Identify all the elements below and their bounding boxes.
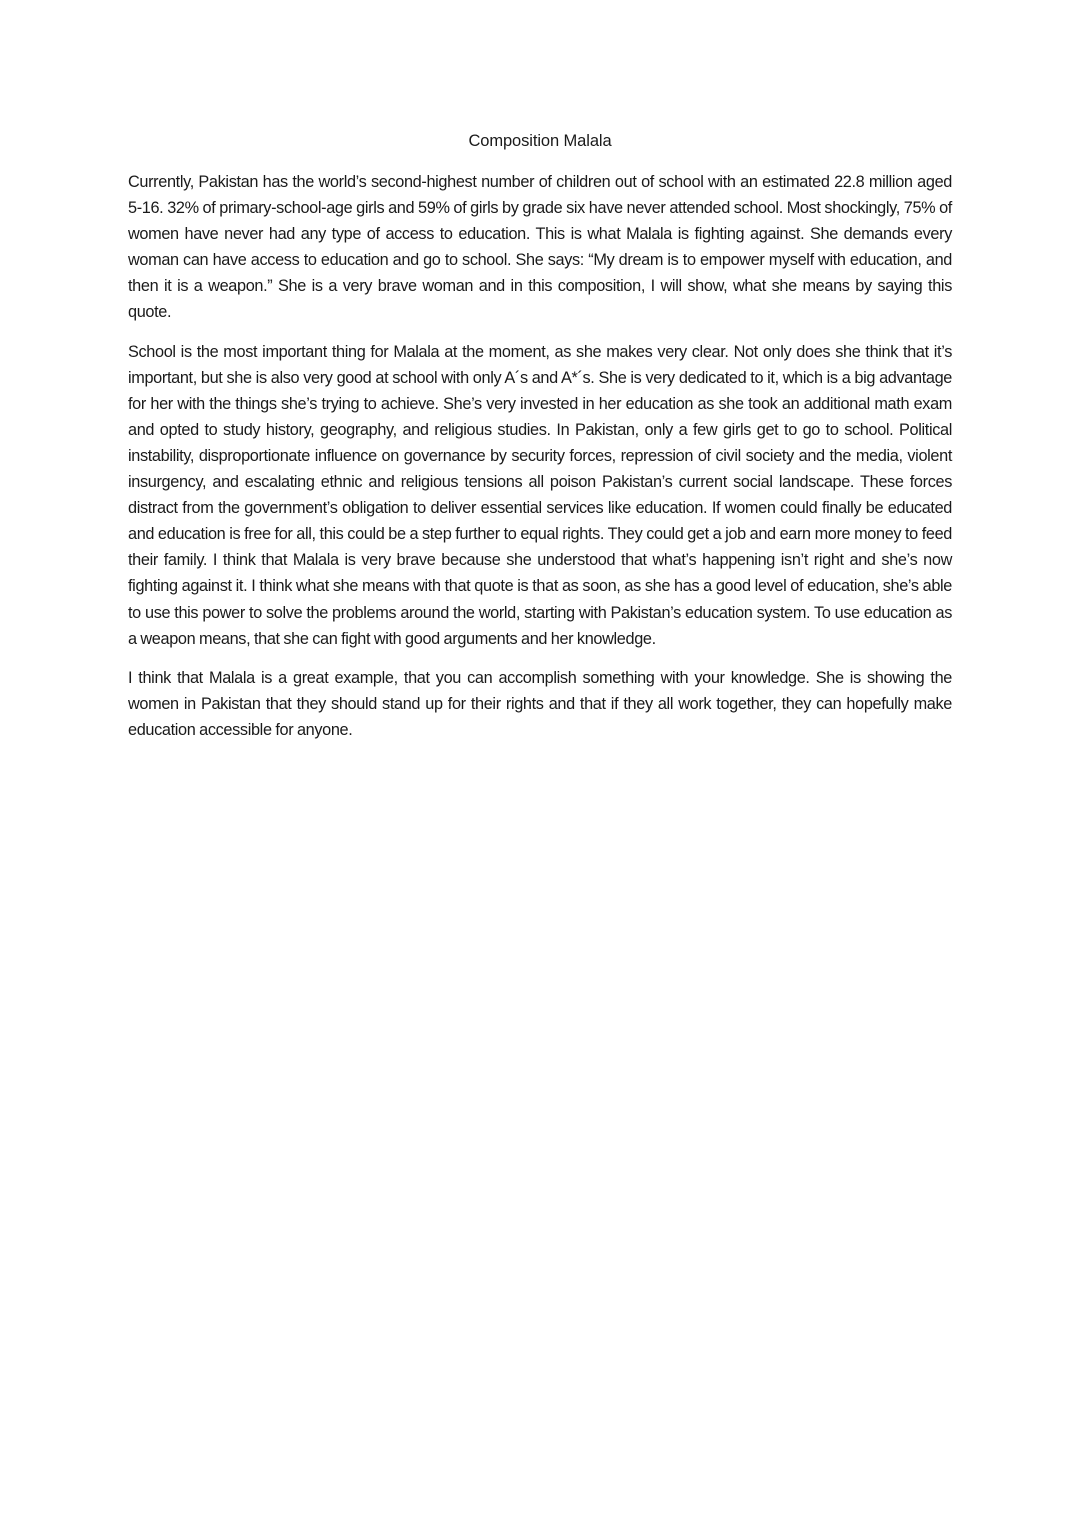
document-title: Composition Malala [0,130,1080,152]
paragraph-conclusion: I think that Malala is a great example, … [128,665,952,743]
paragraph-main-body: School is the most important thing for M… [128,339,952,652]
paragraph-introduction: Currently, Pakistan has the world’s seco… [128,169,952,326]
document-page: Composition Malala Currently, Pakistan h… [0,0,1080,1527]
document-body: Currently, Pakistan has the world’s seco… [128,169,952,756]
